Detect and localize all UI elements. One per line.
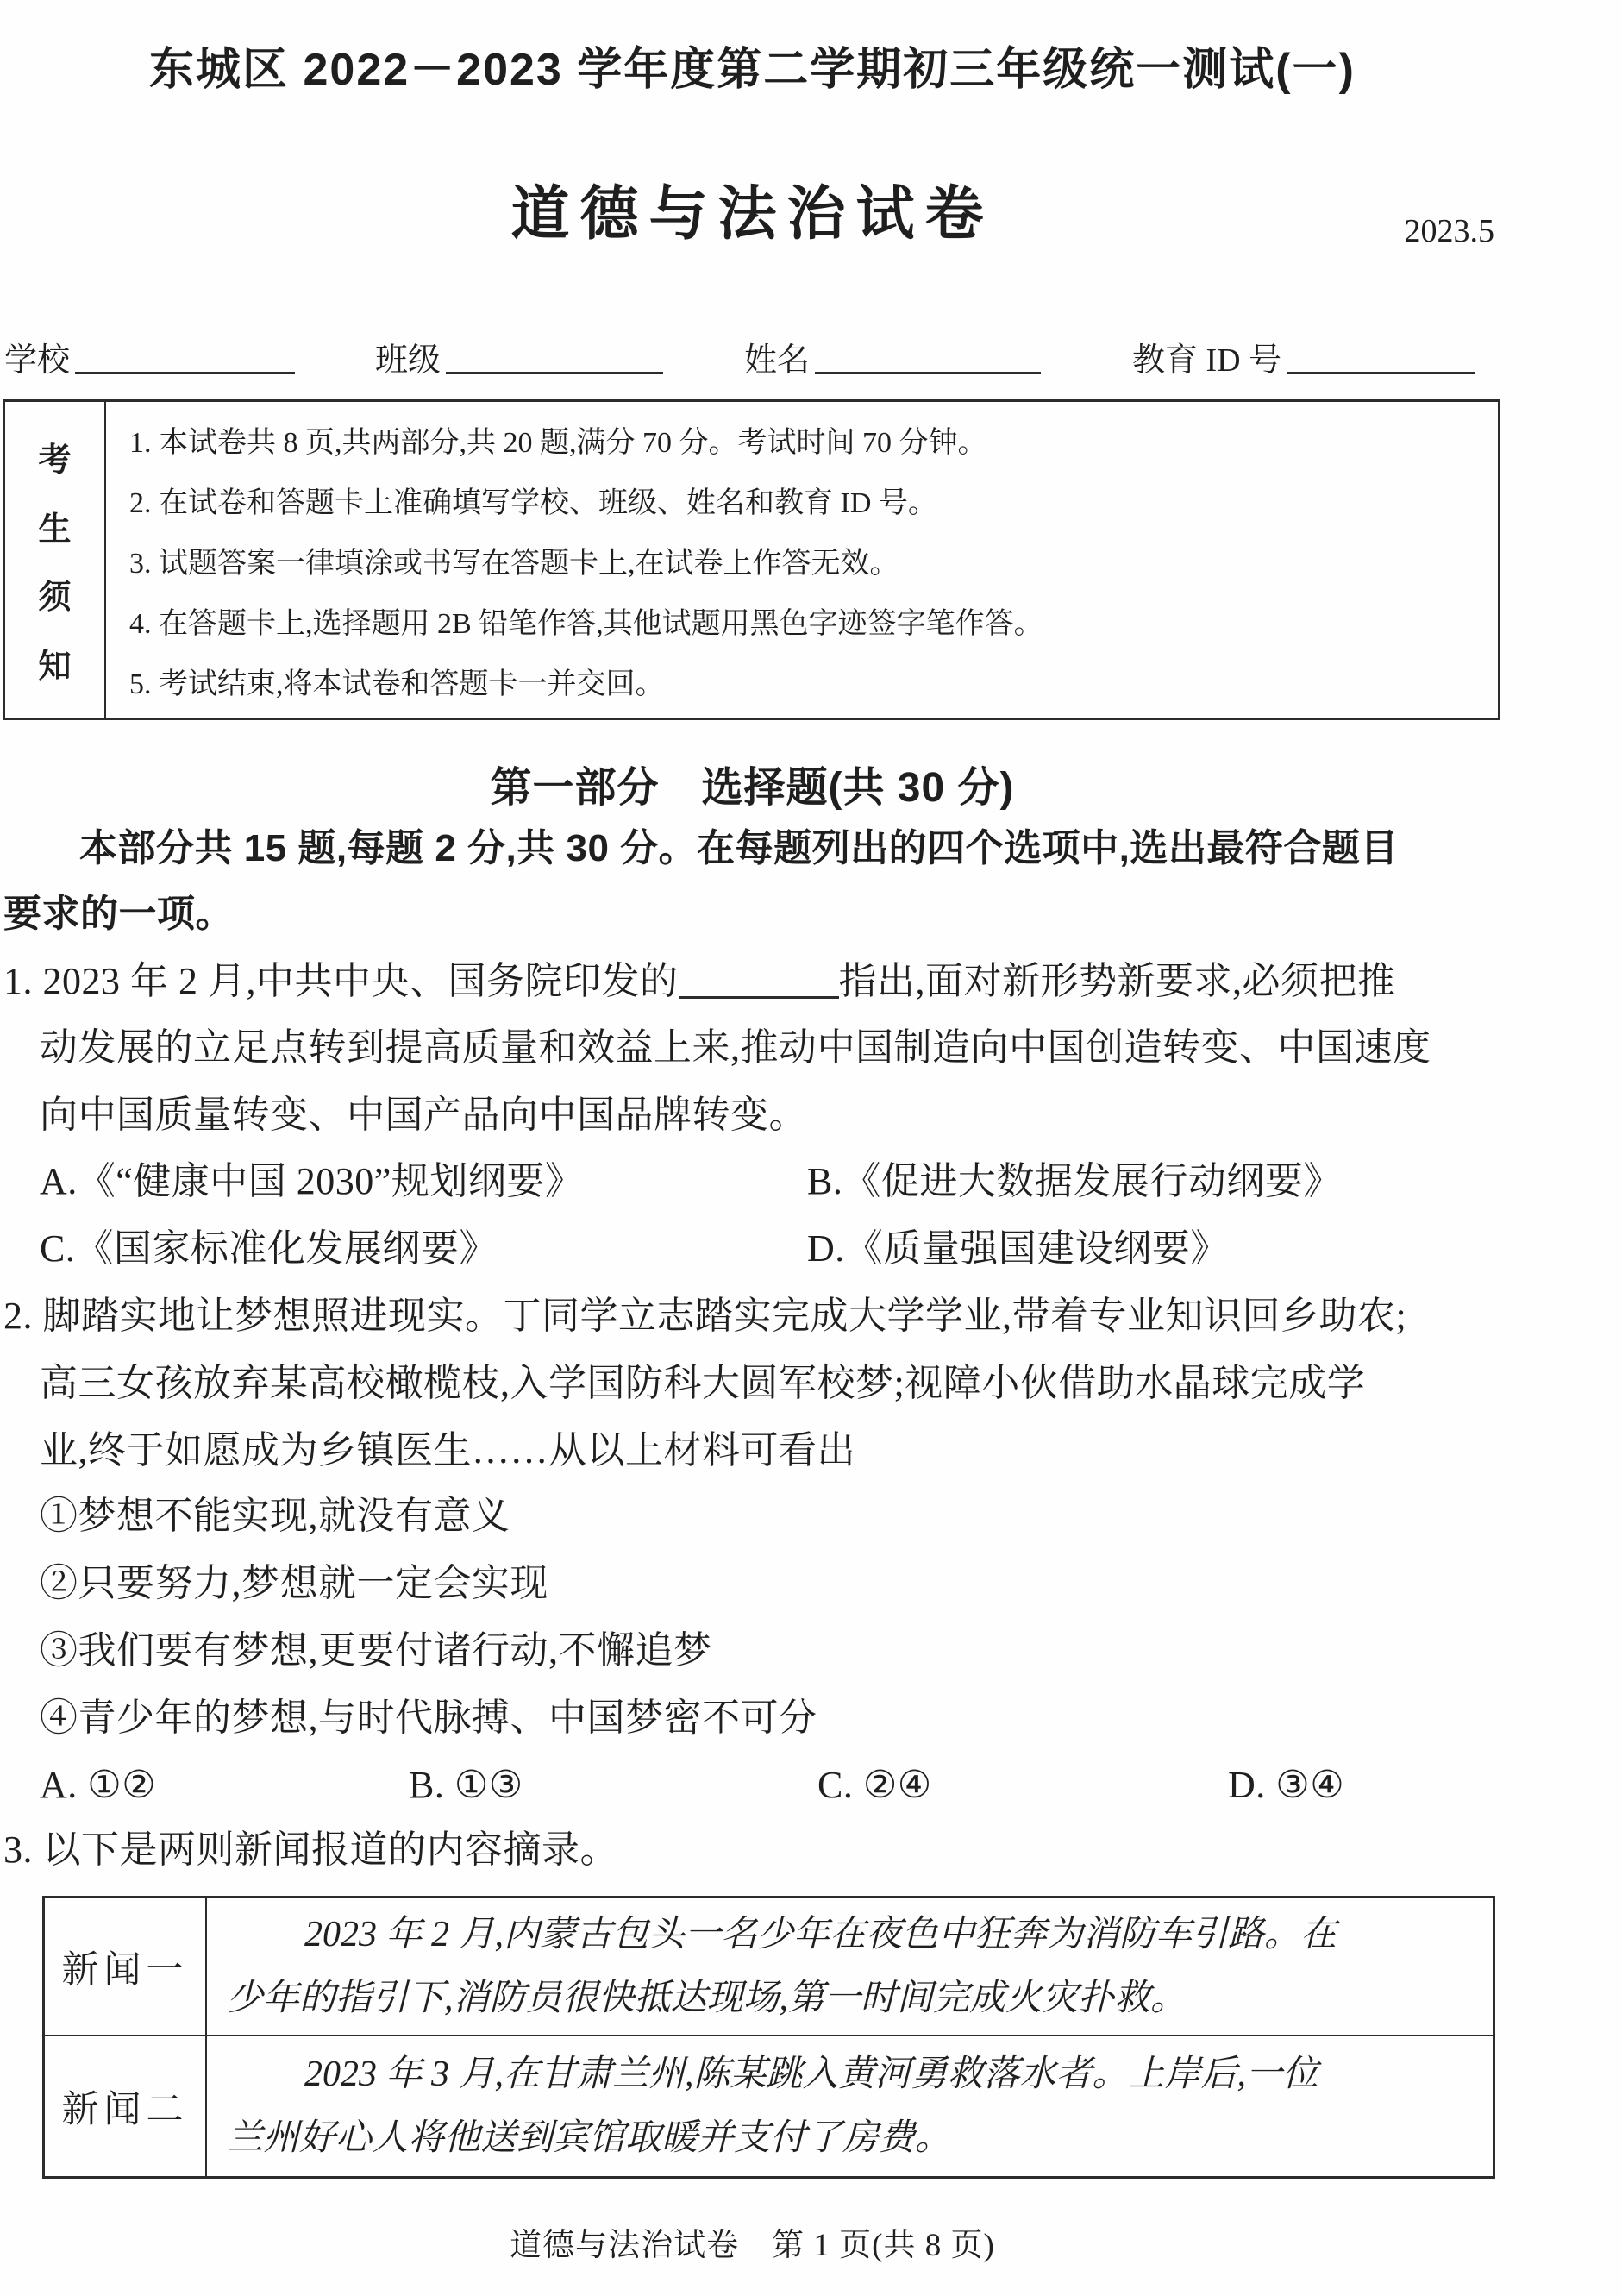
- q3-stem: 3. 以下是两则新闻报道的内容摘录。: [3, 1826, 618, 1874]
- q2-option-d: D. ③④: [1228, 1761, 1344, 1810]
- notice-item: 1. 本试卷共 8 页,共两部分,共 20 题,满分 70 分。考试时间 70 …: [129, 418, 1489, 461]
- education-id-label: 教育 ID 号: [1132, 342, 1281, 379]
- education-id-field: 教育 ID 号: [1132, 333, 1475, 380]
- q1-stem-text-before: 1. 2023 年 2 月,中共中央、国务院印发的: [3, 960, 679, 1002]
- school-blank-line: [75, 342, 295, 374]
- education-id-blank-line: [1287, 342, 1475, 374]
- q1-stem-line-1: 1. 2023 年 2 月,中共中央、国务院印发的指出,面对新形势新要求,必须把…: [3, 956, 1396, 1006]
- news-row-1-label: 新闻一: [45, 1898, 207, 2036]
- class-blank-line: [446, 342, 663, 374]
- section-intro-line-1: 本部分共 15 题,每题 2 分,共 30 分。在每题列出的四个选项中,选出最符…: [79, 825, 1399, 873]
- q1-option-a: A.《“健康中国 2030”规划纲要》: [40, 1157, 583, 1206]
- news-row-1-line-2: 少年的指引下,消防员很快抵达现场,第一时间完成火灾扑救。: [207, 1967, 1493, 2030]
- q2-option-b: B. ①③: [409, 1761, 523, 1810]
- notice-item: 3. 试题答案一律填涂或书写在答题卡上,在试卷上作答无效。: [129, 539, 1489, 581]
- news-row-2-line-2: 兰州好心人将他送到宾馆取暖并支付了房费。: [207, 2106, 1493, 2170]
- q2-option-a: A. ①②: [40, 1761, 156, 1810]
- q1-option-c: C.《国家标准化发展纲要》: [40, 1225, 498, 1273]
- notice-item: 5. 考试结束,将本试卷和答题卡一并交回。: [129, 660, 1489, 702]
- q2-stem-line-2: 高三女孩放弃某高校橄榄枝,入学国防科大圆军校梦;视障小伙借助水晶球完成学: [40, 1359, 1365, 1408]
- name-blank-line: [815, 342, 1041, 374]
- exam-date: 2023.5: [0, 212, 1494, 250]
- notice-item: 4. 在答题卡上,选择题用 2B 铅笔作答,其他试题用黑色字迹签字笔作答。: [129, 599, 1489, 642]
- news-row-2-content: 2023 年 3 月,在甘肃兰州,陈某跳入黄河勇救落水者。上岸后,一位 兰州好心…: [207, 2036, 1493, 2176]
- news-row-1-line-1: 2023 年 2 月,内蒙古包头一名少年在夜色中狂奔为消防车引路。在: [207, 1903, 1493, 1967]
- section-intro-line-2: 要求的一项。: [3, 890, 234, 938]
- q2-statement-3: ③我们要有梦想,更要付诸行动,不懈追梦: [40, 1627, 712, 1675]
- q2-statement-1: ①梦想不能实现,就没有意义: [40, 1492, 510, 1540]
- news-row-2-label: 新闻二: [45, 2036, 207, 2176]
- page-footer: 道德与法治试卷 第 1 页(共 8 页): [0, 2218, 1505, 2265]
- class-field: 班级: [375, 333, 663, 380]
- q2-option-c: C. ②④: [817, 1761, 932, 1810]
- name-field: 姓名: [744, 333, 1041, 380]
- q1-options-row-1: A.《“健康中国 2030”规划纲要》 B.《促进大数据发展行动纲要》: [0, 1157, 1505, 1206]
- notice-items: 1. 本试卷共 8 页,共两部分,共 20 题,满分 70 分。考试时间 70 …: [106, 402, 1498, 718]
- q1-options-row-2: C.《国家标准化发展纲要》 D.《质量强国建设纲要》: [0, 1225, 1505, 1273]
- name-label: 姓名: [744, 342, 810, 379]
- notice-side-char: 生: [38, 502, 71, 549]
- exam-header-title: 东城区 2022－2023 学年度第二学期初三年级统一测试(一): [0, 33, 1505, 97]
- section-heading: 第一部分 选择题(共 30 分): [0, 754, 1505, 813]
- news-row-1-content: 2023 年 2 月,内蒙古包头一名少年在夜色中狂奔为消防车引路。在 少年的指引…: [207, 1898, 1493, 2036]
- exam-paper-page: 东城区 2022－2023 学年度第二学期初三年级统一测试(一) 道德与法治试卷…: [0, 0, 1622, 2296]
- school-label: 学校: [4, 342, 70, 379]
- q1-stem-line-3: 向中国质量转变、中国产品向中国品牌转变。: [40, 1091, 807, 1139]
- school-field: 学校: [4, 333, 295, 380]
- notice-side-char: 须: [38, 570, 71, 618]
- q2-statement-2: ②只要努力,梦想就一定会实现: [40, 1559, 548, 1608]
- q2-stem-line-1: 2. 脚踏实地让梦想照进现实。丁同学立志踏实完成大学学业,带着专业知识回乡助农;: [3, 1292, 1406, 1340]
- class-label: 班级: [375, 342, 441, 379]
- q1-stem-text-after: 指出,面对新形势新要求,必须把推: [839, 960, 1396, 1002]
- q2-options-row: A. ①② B. ①③ C. ②④ D. ③④: [0, 1761, 1505, 1810]
- q2-statement-4: ④青少年的梦想,与时代脉搏、中国梦密不可分: [40, 1694, 817, 1742]
- notice-side-char: 考: [38, 433, 71, 480]
- notice-item: 2. 在试卷和答题卡上准确填写学校、班级、姓名和教育 ID 号。: [129, 479, 1489, 521]
- q1-blank-line: [679, 961, 839, 999]
- notice-side-char: 知: [38, 639, 71, 687]
- q1-option-b: B.《促进大数据发展行动纲要》: [807, 1157, 1342, 1206]
- notice-box: 考 生 须 知 1. 本试卷共 8 页,共两部分,共 20 题,满分 70 分。…: [3, 399, 1500, 720]
- q1-option-d: D.《质量强国建设纲要》: [807, 1225, 1229, 1273]
- news-row-2-line-1: 2023 年 3 月,在甘肃兰州,陈某跳入黄河勇救落水者。上岸后,一位: [207, 2042, 1493, 2106]
- notice-side-label: 考 生 须 知: [5, 402, 106, 718]
- news-excerpt-table: 新闻一 2023 年 2 月,内蒙古包头一名少年在夜色中狂奔为消防车引路。在 少…: [42, 1896, 1495, 2179]
- q2-stem-line-3: 业,终于如愿成为乡镇医生……从以上材料可看出: [40, 1427, 855, 1475]
- q1-stem-line-2: 动发展的立足点转到提高质量和效益上来,推动中国制造向中国创造转变、中国速度: [40, 1024, 1431, 1072]
